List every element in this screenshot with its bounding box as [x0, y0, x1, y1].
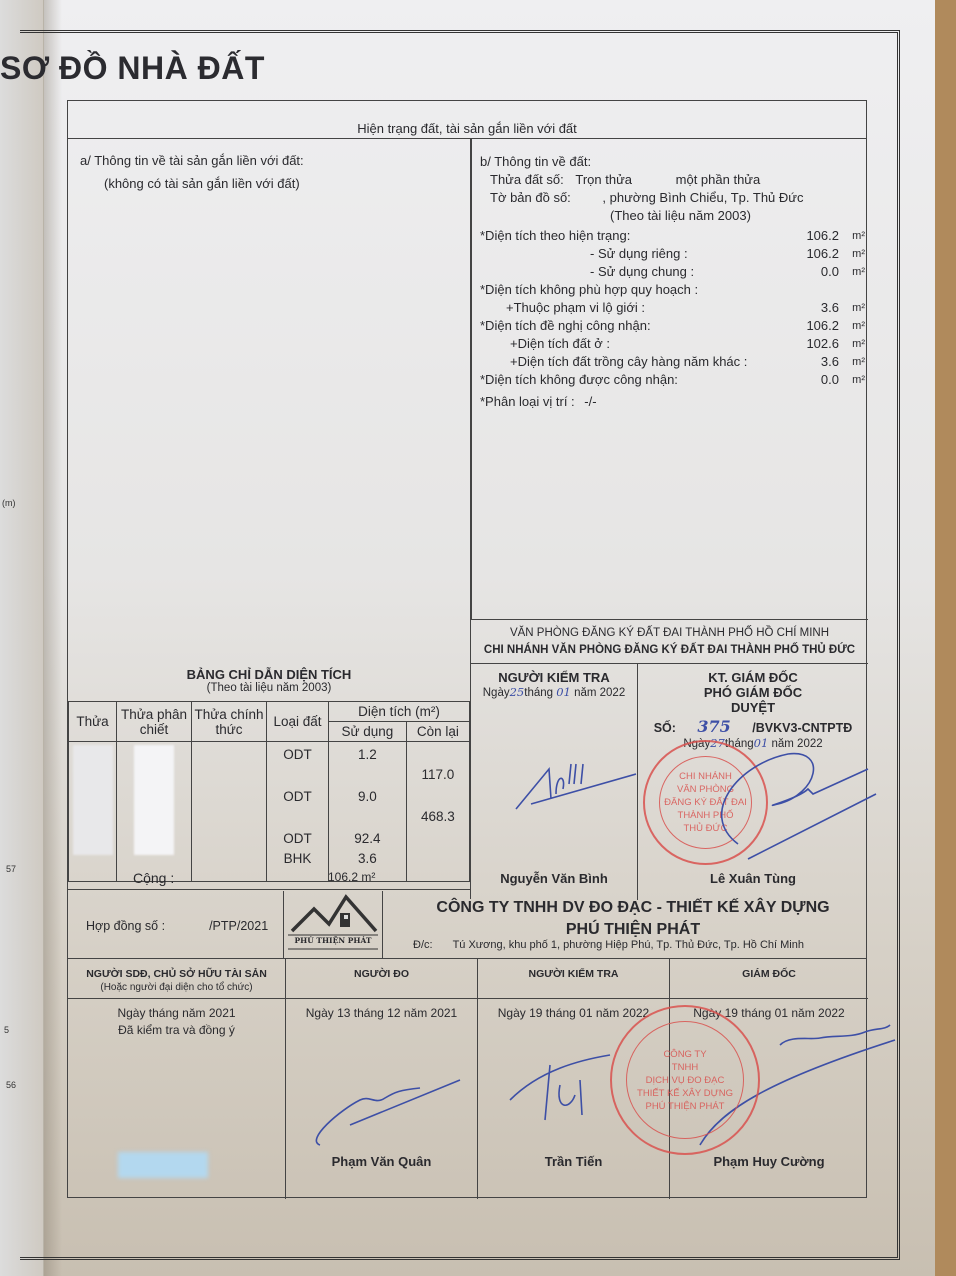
area-row: +Diện tích đất ở :102.6m² — [480, 335, 865, 353]
table-row: ODTODTODTBHK 1.29.092.43.6 117.0468.3 — [69, 742, 470, 882]
inspector-date: Ngày25tháng 01 năm 2022 — [471, 685, 637, 699]
margin-unit: (m) — [2, 498, 16, 508]
signer-name: Phạm Văn Quân — [286, 1154, 477, 1169]
land_types-value: ODT — [267, 745, 328, 765]
inspector-column: NGƯỜI KIỂM TRA Ngày25tháng 01 năm 2022 N… — [471, 664, 638, 900]
land-office-stamp: CHI NHÁNHVĂN PHÒNGĐĂNG KÝ ĐẤT ĐAITHÀNH P… — [643, 740, 768, 865]
col-used: Sử dụng — [329, 722, 407, 742]
official-parcel-cell — [192, 742, 267, 882]
col-parcel: Thửa — [69, 702, 117, 742]
deputy-title: PHÓ GIÁM ĐỐC — [638, 685, 868, 700]
redacted-owner-name — [118, 1152, 208, 1178]
land-type-cell: ODTODTODTBHK — [267, 742, 329, 882]
area-table-subtitle: (Theo tài liệu năm 2003) — [68, 682, 470, 694]
area-row: *Diện tích đề nghị công nhận:106.2m² — [480, 317, 865, 335]
land-office-approval: VĂN PHÒNG ĐĂNG KÝ ĐẤT ĐAI THÀNH PHỐ HỒ C… — [470, 619, 868, 899]
inspector-title: NGƯỜI KIỂM TRA — [471, 670, 637, 685]
inspector-signature — [511, 754, 641, 814]
company-name: CÔNG TY TNHH DV ĐO ĐẠC - THIẾT KẾ XÂY DỰ… — [398, 897, 868, 941]
signer-role: NGƯỜI ĐO — [286, 959, 477, 999]
total-label: Cộng : — [133, 870, 174, 886]
source-note: (Theo tài liệu năm 2003) — [480, 207, 865, 225]
map-sheet-label: Tờ bản đồ số: — [490, 190, 571, 205]
section-asset-info: a/ Thông tin về tài sản gắn liền với đất… — [80, 149, 304, 195]
col-official-parcel: Thửa chính thức — [192, 702, 267, 742]
col-area-group: Diện tích (m²) — [329, 702, 470, 722]
director-title: KT. GIÁM ĐỐC — [638, 670, 868, 685]
section-a-heading: a/ Thông tin về tài sản gắn liền với đất… — [80, 149, 304, 172]
col-land-type: Loại đất — [267, 702, 329, 742]
area-row: *Diện tích không được công nhận:0.0m² — [480, 371, 865, 389]
col-remaining: Còn lại — [406, 722, 469, 742]
area-index-table: Thửa Thửa phân chiết Thửa chính thức Loạ… — [68, 701, 470, 882]
signature-column: NGƯỜI ĐONgày 13 tháng 12 năm 2021Phạm Vă… — [286, 959, 478, 1199]
parcel-whole: Trọn thửa — [575, 172, 632, 187]
remaining-area-cell: 117.0468.3 — [406, 742, 469, 882]
margin-number: 56 — [6, 1080, 16, 1090]
document-page: (m) 57 5 56 SƠ ĐỒ NHÀ ĐẤT Hiện trạng đất… — [0, 0, 935, 1276]
land-office-branch: CHI NHÁNH VĂN PHÒNG ĐĂNG KÝ ĐẤT ĐAI THÀN… — [471, 642, 868, 659]
margin-number: 5 — [4, 1025, 9, 1035]
area-rows: *Diện tích theo hiện trạng:106.2m²- Sử d… — [480, 227, 865, 389]
signer-role: NGƯỜI KIỂM TRA — [478, 959, 669, 999]
area-table-heading: BẢNG CHỈ DẪN DIỆN TÍCH — [68, 667, 470, 682]
area-row: +Thuộc phạm vi lộ giới :3.6m² — [480, 299, 865, 317]
area-row: *Diện tích không phù hợp quy hoạch : — [480, 281, 865, 299]
house-logo-icon — [284, 891, 382, 959]
main-frame: Hiện trạng đất, tài sản gắn liền với đất… — [67, 100, 867, 1198]
total-row: Cộng : 106.2 m² — [68, 866, 470, 890]
sign-date: Ngày tháng năm 2021Đã kiểm tra và đồng ý — [68, 999, 285, 1039]
margin-number: 57 — [6, 864, 16, 874]
column-divider — [470, 139, 472, 619]
area-row: *Diện tích theo hiện trạng:106.2m² — [480, 227, 865, 245]
land_types-value: ODT — [267, 787, 328, 807]
parcel-part: một phần thửa — [676, 172, 761, 187]
sign-date: Ngày 13 tháng 12 năm 2021 — [286, 999, 477, 1022]
signer-name: Phạm Huy Cường — [670, 1154, 868, 1169]
contract-number: Hợp đồng số :/PTP/2021 — [86, 919, 268, 933]
director-column: KT. GIÁM ĐỐC PHÓ GIÁM ĐỐC DUYỆT SỐ: 375 … — [638, 664, 868, 900]
signer-name: Trần Tiến — [478, 1154, 669, 1169]
section-a-note: (không có tài sản gắn liền với đất) — [80, 172, 304, 195]
section-b-heading: b/ Thông tin về đất: — [480, 153, 865, 171]
split-parcel-cell-redacted — [117, 742, 192, 882]
remaining-value: 468.3 — [407, 807, 469, 827]
inspector-name: Nguyễn Văn Bình — [471, 871, 637, 886]
logo-text: PHÚ THIỆN PHÁT — [284, 936, 382, 945]
land_types-value: ODT — [267, 829, 328, 849]
company-logo: PHÚ THIỆN PHÁT — [283, 891, 383, 959]
parcel-label: Thửa đất số: — [490, 172, 564, 187]
approved-label: DUYỆT — [638, 700, 868, 715]
section-land-info: b/ Thông tin về đất: Thửa đất số: Trọn t… — [480, 153, 865, 411]
parcel-cell-redacted — [69, 742, 117, 882]
used-value: 92.4 — [329, 829, 406, 849]
company-stamp: CÔNG TYTNHHDỊCH VỤ ĐO ĐẠCTHIẾT KẾ XÂY DỰ… — [610, 1005, 760, 1155]
approval-number: SỐ: 375 /BVKV3-CNTPTĐ — [638, 717, 868, 736]
company-block: Hợp đồng số :/PTP/2021 PHÚ THIỆN PHÁT CÔ… — [68, 891, 866, 959]
used-area-cell: 1.29.092.43.6 — [329, 742, 407, 882]
header-strip: Hiện trạng đất, tài sản gắn liền với đất — [68, 101, 866, 139]
used-value: 9.0 — [329, 787, 406, 807]
total-value: 106.2 m² — [328, 870, 375, 884]
area-row: - Sử dụng chung :0.0m² — [480, 263, 865, 281]
director-name: Lê Xuân Tùng — [638, 871, 868, 886]
used-value: 1.2 — [329, 745, 406, 765]
signer-role: GIÁM ĐỐC — [670, 959, 868, 999]
location: , phường Bình Chiểu, Tp. Thủ Đức — [602, 190, 803, 205]
area-table-title: BẢNG CHỈ DẪN DIỆN TÍCH (Theo tài liệu nă… — [68, 667, 470, 694]
remaining-value: 117.0 — [407, 765, 469, 785]
land-office-name: VĂN PHÒNG ĐĂNG KÝ ĐẤT ĐAI THÀNH PHỐ HỒ C… — [471, 625, 868, 642]
position-label: *Phân loại vị trí : — [480, 394, 575, 409]
land-office-header: VĂN PHÒNG ĐĂNG KÝ ĐẤT ĐAI THÀNH PHỐ HỒ C… — [471, 620, 868, 664]
col-split-parcel: Thửa phân chiết — [117, 702, 192, 742]
area-row: +Diện tích đất trồng cây hàng năm khác :… — [480, 353, 865, 371]
area-row: - Sử dụng riêng :106.2m² — [480, 245, 865, 263]
position-value: -/- — [584, 394, 596, 409]
signer-role: NGƯỜI SDĐ, CHỦ SỞ HỮU TÀI SẢN(Hoặc người… — [68, 959, 285, 999]
document-title: SƠ ĐỒ NHÀ ĐẤT — [0, 50, 265, 87]
company-address: Đ/c:Tú Xương, khu phố 1, phường Hiệp Phú… — [413, 939, 804, 951]
